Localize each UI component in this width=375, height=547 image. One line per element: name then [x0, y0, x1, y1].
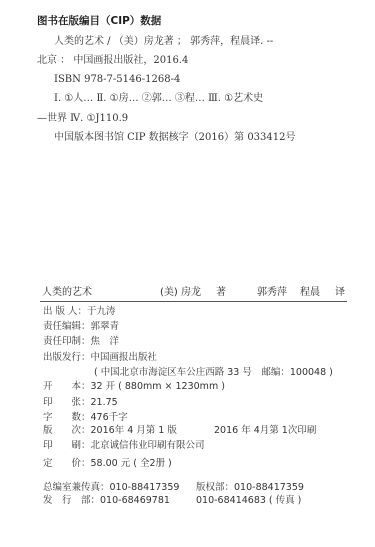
copyright-label: 版权部：: [196, 482, 234, 493]
printer-value: 北京诚信伟业印刷有限公司: [91, 440, 205, 451]
cip-title-line: 人类的艺术 / （美）房龙著 ； 郭秀萍，程晨译. --: [54, 36, 273, 48]
editorial-value: 010-88417359: [110, 482, 180, 493]
copyright-value: 010-88417359: [234, 482, 304, 493]
printing-value: 2016 年 4月第 1次印刷: [214, 425, 316, 437]
edition-value: 2016年 4 月第 1 版: [91, 425, 177, 436]
cip-record-number: 中国版本图书馆 CIP 数据核字（2016）第 033412号: [54, 132, 296, 144]
price-label: 定 价：: [43, 458, 91, 470]
print-manager-label: 责任印制：: [43, 336, 91, 348]
price-row: 定 价：58.00 元 ( 全2册 ): [43, 458, 172, 470]
editor-row: 责任编辑：郭翠青: [43, 321, 119, 333]
format-label: 开 本：: [43, 381, 91, 393]
words-row: 字 数：476千字: [43, 412, 128, 424]
format-row: 开 本：32 开 ( 880mm × 1230mm ): [43, 381, 225, 393]
printer-row: 印 刷：北京诚信伟业印刷有限公司: [43, 440, 205, 452]
distribution-value: 010-68469781: [100, 495, 170, 506]
author: (美) 房龙: [160, 283, 201, 298]
divider-rule: [40, 301, 347, 302]
editorial-contact-row: 总编室兼传真：010-88417359: [43, 482, 179, 494]
publisher-address: ( 中国北京市海淀区车公庄西路 33 号 邮编：100048 ): [94, 367, 333, 379]
book-title: 人类的艺术: [42, 283, 92, 298]
title-row: 人类的艺术 (美) 房龙 著 郭秀萍 程晨 译: [42, 283, 346, 297]
publisher-person-label: 出 版 人：: [43, 306, 87, 318]
distribution-contact-row: 发 行 部：010-68469781: [43, 495, 170, 507]
cip-header: 图书在版编目（CIP）数据: [37, 15, 161, 27]
publisher-label: 出版发行：: [43, 352, 91, 364]
translator-2: 程晨: [300, 283, 320, 298]
printer-label: 印 刷：: [43, 440, 91, 452]
editor-label: 责任编辑：: [43, 321, 91, 333]
words-label: 字 数：: [43, 412, 91, 424]
editor-value: 郭翠青: [91, 321, 120, 332]
distribution-label: 发 行 部：: [43, 495, 100, 506]
words-value: 476千字: [91, 412, 128, 423]
print-manager-value: 焦 洋: [91, 336, 120, 347]
author-role: 著: [216, 283, 226, 298]
cip-publisher-line: 北京 ： 中国画报出版社，2016.4: [37, 55, 188, 67]
sheets-label: 印 张：: [43, 397, 91, 409]
print-manager-row: 责任印制：焦 洋: [43, 336, 119, 348]
translator-role: 译: [335, 283, 345, 298]
sheets-value: 21.75: [91, 397, 118, 408]
publisher-person-row: 出 版 人：于九涛: [43, 306, 116, 318]
cip-isbn: ISBN 978-7-5146-1268-4: [54, 74, 180, 86]
edition-row: 版 次：2016年 4 月第 1 版: [43, 425, 177, 437]
sheets-row: 印 张：21.75: [43, 397, 118, 409]
format-value: 32 开 ( 880mm × 1230mm ): [91, 381, 225, 392]
editorial-label: 总编室兼传真：: [43, 482, 110, 493]
translator-1: 郭秀萍: [257, 283, 287, 298]
price-value: 58.00 元 ( 全2册 ): [91, 458, 172, 469]
cip-classification-line: Ⅰ. ①人… Ⅱ. ①房… ②郭… ③程… Ⅲ. ①艺术史: [54, 93, 263, 105]
publisher-row: 出版发行：中国画报出版社: [43, 352, 157, 364]
cip-classification-cont: —世界 Ⅳ. ①J110.9: [37, 113, 128, 125]
publisher-value: 中国画报出版社: [91, 352, 158, 363]
edition-label: 版 次：: [43, 425, 91, 437]
copyright-contact-row: 版权部：010-88417359: [196, 482, 304, 494]
distribution-fax: 010-68414683 ( 传真 ): [196, 495, 301, 507]
publisher-person-value: 于九涛: [87, 306, 116, 317]
